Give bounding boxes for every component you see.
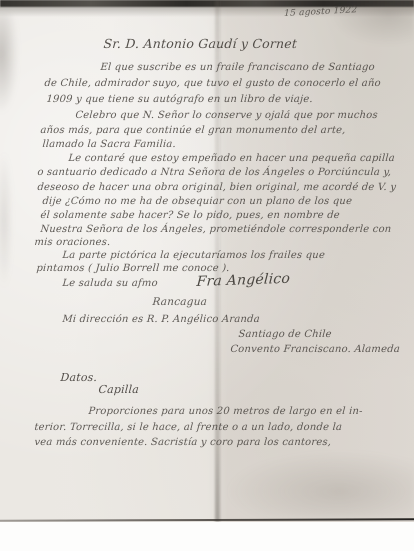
letter-salutation: Sr. D. Antonio Gaudí y Cornet [103,36,298,51]
letter-line: deseoso de hacer una obra original, bien… [37,182,397,193]
letter-line: La parte pictórica la ejecutaríamos los … [62,250,325,261]
address-line: Mi dirección es R. P. Angélico Aranda [62,314,260,325]
letter-line: 1909 y que tiene su autógrafo en un libr… [46,94,313,105]
letter-line: Celebro que N. Señor lo conserve y ojalá… [75,110,378,121]
verso-title: Capilla [98,383,139,396]
letter-line: Nuestra Señora de los Ángeles, prometién… [40,224,392,235]
letter-line: pintamos ( Julio Borrell me conoce ). [36,263,230,274]
address-line: Santiago de Chile [238,329,332,340]
page-margin-bottom [0,522,414,551]
letter-line: Le contaré que estoy empeñado en hacer u… [68,153,395,164]
letter-line: dije ¿Cómo no me ha de obsequiar con un … [42,196,353,207]
verso-line: Proporciones para unos 20 metros de larg… [88,406,363,417]
verso-heading: Datos. [60,371,98,384]
letter-line: llamado la Sacra Familia. [42,139,176,150]
scanned-letter-page: 15 agosto 1922 Sr. D. Antonio Gaudí y Co… [0,0,414,551]
letter-valediction: Le saluda su afmo [62,278,158,289]
letter-line: años más, para que continúe el gran monu… [40,125,346,136]
letter-line: o santuario dedicado a Ntra Señora de lo… [37,167,392,178]
verso-line: terior. Torrecilla, si le hace, al frent… [34,422,342,433]
letter-line: él solamente sabe hacer? Se lo pido, pue… [40,210,340,221]
letter-line: de Chile, admirador suyo, que tuvo el gu… [44,78,381,89]
letter-photo: 15 agosto 1922 Sr. D. Antonio Gaudí y Co… [0,0,414,522]
smudge-bottom-right [228,452,414,518]
letter-line: mis oraciones. [34,237,111,248]
letter-signature: Fra Angélico [196,271,291,290]
letter-place: Rancagua [152,296,207,308]
verso-line: vea más conveniente. Sacristía y coro pa… [34,437,332,448]
smudge-left-edge [0,150,12,290]
letter-line: El que suscribe es un fraile franciscano… [100,62,375,73]
address-line: Convento Franciscano. Alameda [230,344,400,355]
smudge-top-left [0,14,18,114]
